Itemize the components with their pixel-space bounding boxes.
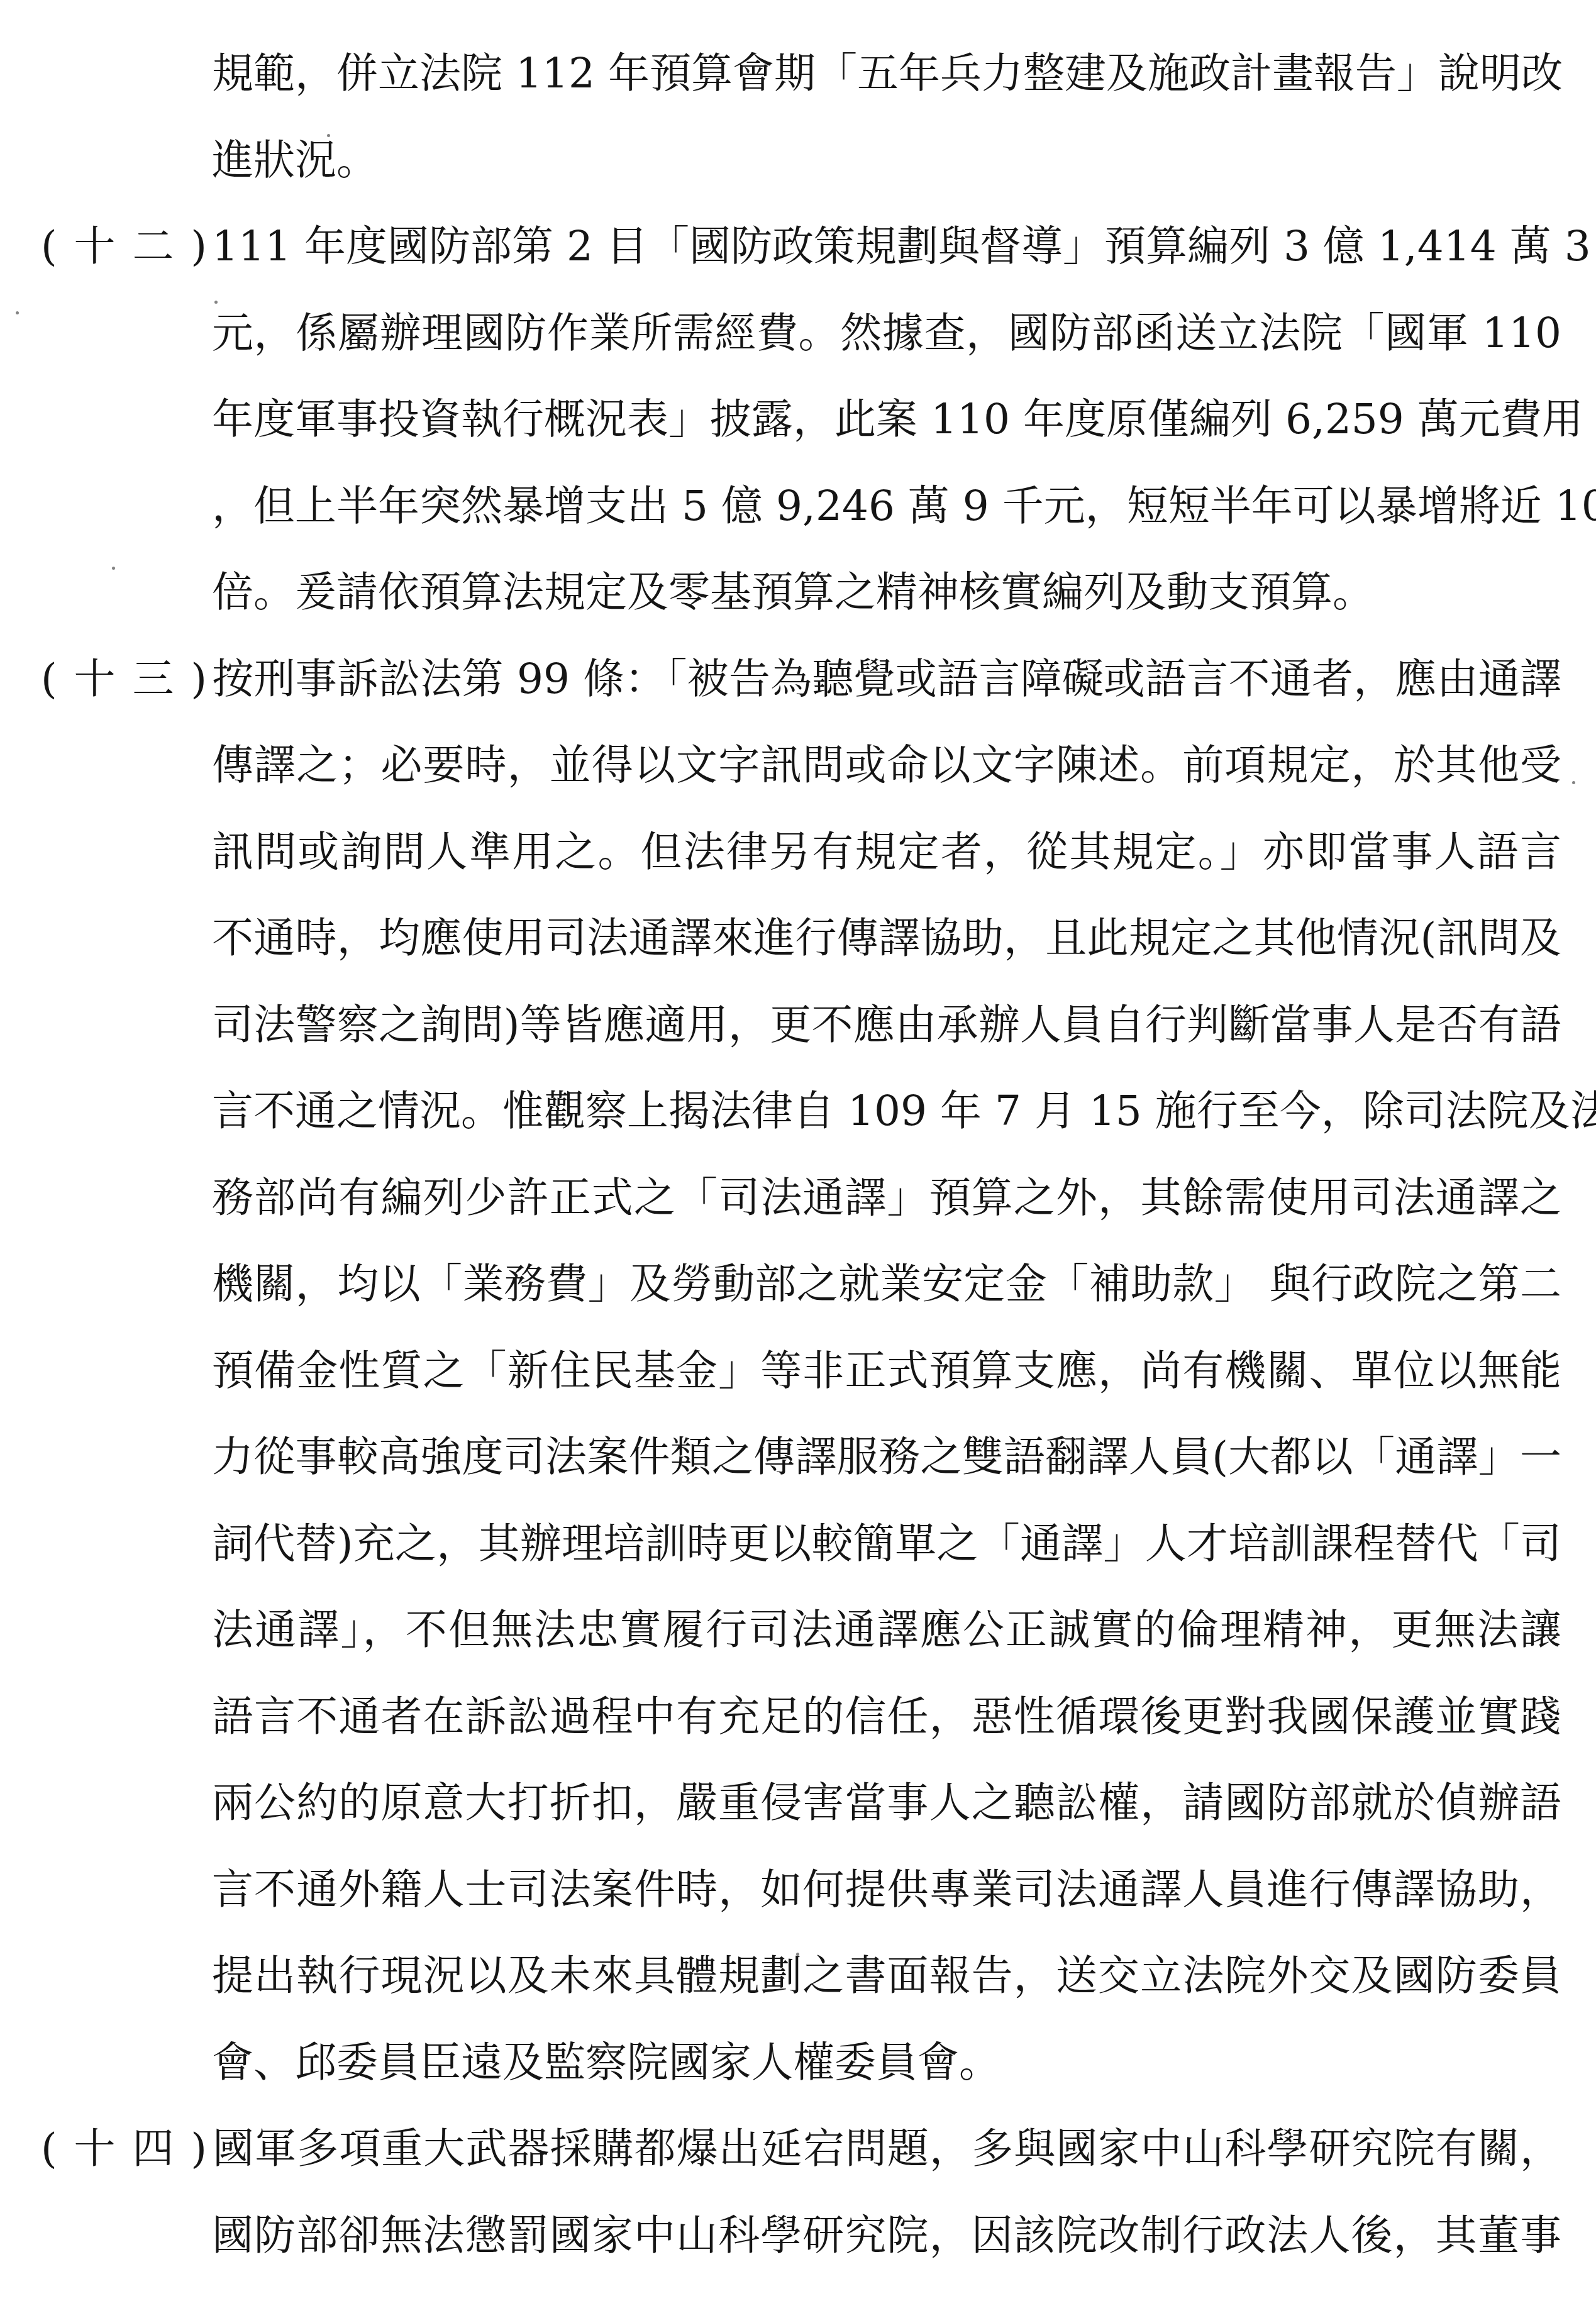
text-line: 元，係屬辦理國防作業所需經費。然據查，國防部函送立法院「國軍 110 (212, 290, 1561, 377)
text-line: 務部尚有編列少許正式之「司法通譯」預算之外，其餘需使用司法通譯之 (212, 1155, 1561, 1241)
scan-speck (112, 567, 115, 570)
scan-speck (214, 301, 218, 304)
line-text: 按刑事訴訟法第 99 條：「被告為聽覺或語言障礙或語言不通者，應由通譯 (212, 655, 1561, 703)
text-line: 法通譯」，不但無法忠實履行司法通譯應公正誠實的倫理精神，更無法讓 (212, 1587, 1561, 1673)
text-line: 進狀況。 (212, 117, 1561, 204)
text-line: 規範，併立法院 112 年預算會期「五年兵力整建及施政計畫報告」說明改 (212, 30, 1561, 117)
text-line: 年度軍事投資執行概況表」披露，此案 110 年度原僅編列 6,259 萬元費用 (212, 376, 1561, 463)
text-line: (十三)按刑事訴訟法第 99 條：「被告為聽覺或語言障礙或語言不通者，應由通譯 (41, 636, 1561, 723)
paragraph: (十四)國軍多項重大武器採購都爆出延宕問題，多與國家中山科學研究院有關， 國防部… (41, 2105, 1561, 2278)
text-line: (十二)111 年度國防部第 2 目「國防政策規劃與督導」預算編列 3 億 1,… (41, 203, 1561, 290)
text-line: 語言不通者在訴訟過程中有充足的信任，惡性循環後更對我國保護並實踐 (212, 1673, 1561, 1760)
document-page: 規範，併立法院 112 年預算會期「五年兵力整建及施政計畫報告」說明改 進狀況。… (0, 0, 1596, 2318)
text-line: 兩公約的原意大打折扣，嚴重侵害當事人之聽訟權，請國防部就於偵辦語 (212, 1760, 1561, 1846)
item-marker: (十二) (41, 203, 212, 290)
text-line: 提出執行現況以及未來具體規劃之書面報告，送交立法院外交及國防委員 (212, 1933, 1561, 2019)
scan-speck (1572, 781, 1575, 784)
scan-speck (16, 311, 19, 314)
text-line: 司法警察之詢問)等皆應適用，更不應由承辦人員自行判斷當事人是否有語 (212, 982, 1561, 1068)
line-text: 國軍多項重大武器採購都爆出延宕問題，多與國家中山科學研究院有關， (212, 2124, 1561, 2173)
scan-speck (796, 1953, 799, 1956)
text-line: ，但上半年突然暴增支出 5 億 9,246 萬 9 千元，短短半年可以暴增將近 … (212, 463, 1561, 550)
text-line: 力從事較高強度司法案件類之傳譯服務之雙語翻譯人員(大都以「通譯」一 (212, 1414, 1561, 1500)
paragraph: 規範，併立法院 112 年預算會期「五年兵力整建及施政計畫報告」說明改 進狀況。 (41, 30, 1561, 203)
text-line: 訊問或詢問人準用之。但法律另有規定者，從其規定。」亦即當事人語言 (212, 809, 1561, 896)
text-line: 會、邱委員臣遠及監察院國家人權委員會。 (212, 2019, 1561, 2106)
text-line: 傳譯之；必要時，並得以文字訊問或命以文字陳述。前項規定，於其他受 (212, 722, 1561, 809)
scan-speck (327, 134, 330, 137)
item-marker: (十三) (41, 636, 212, 723)
text-line: 言不通外籍人士司法案件時，如何提供專業司法通譯人員進行傳譯協助， (212, 1846, 1561, 1933)
text-line: (十四)國軍多項重大武器採購都爆出延宕問題，多與國家中山科學研究院有關， (41, 2105, 1561, 2192)
text-line: 國防部卻無法懲罰國家中山科學研究院，因該院改制行政法人後，其董事 (212, 2192, 1561, 2279)
text-line: 機關，均以「業務費」及勞動部之就業安定金「補助款」 與行政院之第二 (212, 1241, 1561, 1328)
scan-speck (1258, 1982, 1261, 1985)
document-body: 規範，併立法院 112 年預算會期「五年兵力整建及施政計畫報告」說明改 進狀況。… (41, 30, 1561, 2278)
text-line: 預備金性質之「新住民基金」等非正式預算支應，尚有機關、單位以無能 (212, 1328, 1561, 1414)
paragraph: (十二)111 年度國防部第 2 目「國防政策規劃與督導」預算編列 3 億 1,… (41, 203, 1561, 636)
item-marker: (十四) (41, 2105, 212, 2192)
text-line: 詞代替)充之，其辦理培訓時更以較簡單之「通譯」人才培訓課程替代「司 (212, 1500, 1561, 1587)
line-text: 111 年度國防部第 2 目「國防政策規劃與督導」預算編列 3 億 1,414 … (212, 222, 1596, 270)
text-line: 倍。爰請依預算法規定及零基預算之精神核實編列及動支預算。 (212, 549, 1561, 636)
text-line: 言不通之情況。惟觀察上揭法律自 109 年 7 月 15 施行至今，除司法院及法 (212, 1068, 1561, 1155)
paragraph: (十三)按刑事訴訟法第 99 條：「被告為聽覺或語言障礙或語言不通者，應由通譯 … (41, 636, 1561, 2106)
text-line: 不通時，均應使用司法通譯來進行傳譯協助，且此規定之其他情況(訊問及 (212, 895, 1561, 982)
